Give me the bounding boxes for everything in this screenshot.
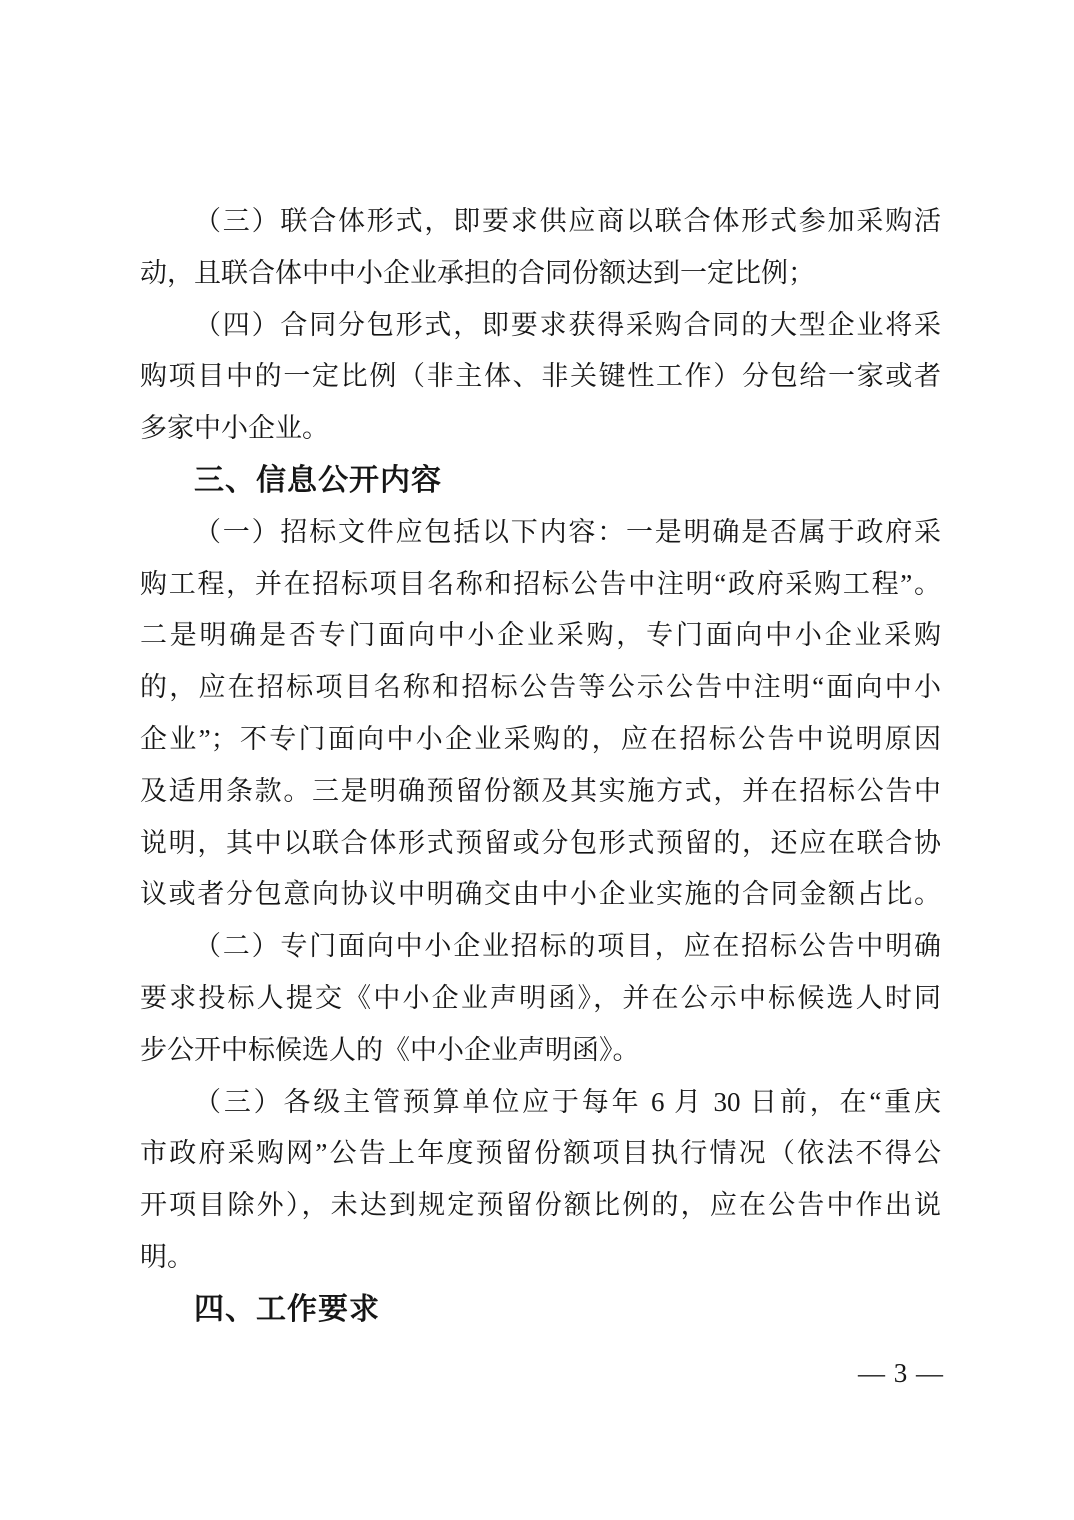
doc-line-5: 多家中小企业。: [140, 403, 941, 455]
doc-line-1: （三）联合体形式，即要求供应商以联合体形式参加采购活: [140, 196, 941, 248]
doc-line-15: （二）专门面向中小企业招标的项目，应在招标公告中明确: [140, 921, 941, 973]
doc-line-11: 企业”；不专门面向中小企业采购的，应在招标公告中说明原因: [140, 714, 941, 766]
doc-line-3: （四）合同分包形式，即要求获得采购合同的大型企业将采: [140, 300, 941, 352]
document-page: （三）联合体形式，即要求供应商以联合体形式参加采购活 动，且联合体中中小企业承担…: [0, 0, 1074, 1520]
doc-line-9: 二是明确是否专门面向中小企业采购，专门面向中小企业采购: [140, 610, 941, 662]
page-number: — 3 —: [858, 1347, 944, 1399]
doc-line-19: 市政府采购网”公告上年度预留份额项目执行情况（依法不得公: [140, 1128, 941, 1180]
doc-line-2: 动，且联合体中中小企业承担的合同份额达到一定比例；: [140, 248, 941, 300]
doc-line-14: 议或者分包意向协议中明确交由中小企业实施的合同金额占比。: [140, 869, 941, 921]
doc-line-12: 及适用条款。三是明确预留份额及其实施方式，并在招标公告中: [140, 766, 941, 818]
doc-line-21: 明。: [140, 1232, 941, 1284]
doc-line-17: 步公开中标候选人的《中小企业声明函》。: [140, 1025, 941, 1077]
document-text-block: （三）联合体形式，即要求供应商以联合体形式参加采购活 动，且联合体中中小企业承担…: [140, 196, 941, 1336]
section-heading-3: 三、信息公开内容: [140, 455, 941, 507]
doc-line-7: （一）招标文件应包括以下内容：一是明确是否属于政府采: [140, 507, 941, 559]
doc-line-16: 要求投标人提交《中小企业声明函》，并在公示中标候选人时同: [140, 973, 941, 1025]
doc-line-13: 说明，其中以联合体形式预留或分包形式预留的，还应在联合协: [140, 818, 941, 870]
doc-line-20: 开项目除外），未达到规定预留份额比例的，应在公告中作出说: [140, 1180, 941, 1232]
doc-line-18: （三）各级主管预算单位应于每年 6 月 30 日前，在“重庆: [140, 1077, 941, 1129]
doc-line-10: 的，应在招标项目名称和招标公告等公示公告中注明“面向中小: [140, 662, 941, 714]
doc-line-8: 购工程，并在招标项目名称和招标公告中注明“政府采购工程”。: [140, 559, 941, 611]
section-heading-4: 四、工作要求: [140, 1284, 941, 1336]
doc-line-4: 购项目中的一定比例（非主体、非关键性工作）分包给一家或者: [140, 351, 941, 403]
